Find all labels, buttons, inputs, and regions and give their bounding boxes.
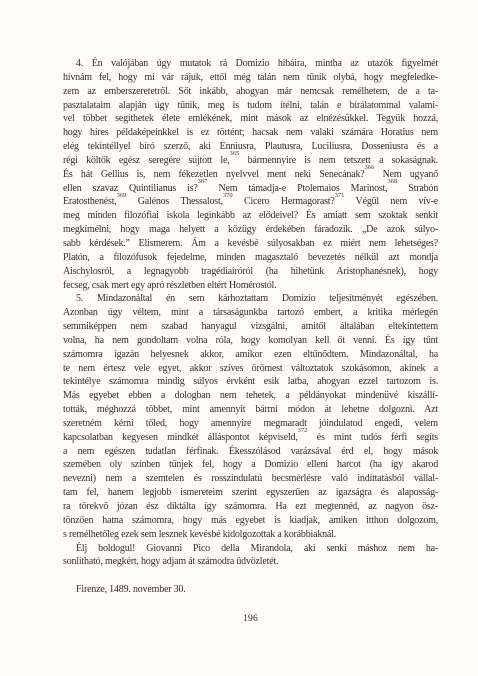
text-line: És hát Gellius is, nem fékezetlen nyelvv… [63, 168, 438, 182]
text-line: Eratosthenést,369 Galénos Thessalost,370… [63, 195, 438, 209]
text-line: sabb kérdések.” Elismerem. Ám a kevésbé … [63, 237, 438, 251]
footnote-reference: 367 [198, 178, 208, 185]
text-line: elég tekintéllyel bíró szerző, aki Enniu… [63, 140, 438, 154]
text-line: nevezni) nem a szemtelen és rosszindulat… [63, 472, 438, 486]
text-line: szeretném kérni tőled, hogy amennyire me… [63, 417, 438, 431]
footnote-reference: 366 [365, 164, 375, 171]
footnote-reference: 369 [117, 192, 127, 199]
text-line: fecseg, csak mert egy apró részletben el… [63, 279, 438, 293]
text-line: Platón, a filozófusok fejedelme, minden … [63, 251, 438, 265]
text-line: Élj boldogul! Giovanni Pico della Mirand… [63, 542, 438, 556]
text-line: tam fel, hanem legjobb ismereteim szerin… [63, 486, 438, 500]
text-line: megkímélni, hogy maga helyett a közügy é… [63, 223, 438, 237]
footnote-reference: 370 [223, 192, 233, 199]
footnote-reference: 371 [335, 192, 345, 199]
text-line: sonlítható, megkért, hogy adjam át számo… [63, 555, 438, 569]
footnote-reference: 365 [230, 150, 240, 157]
text-line: kapcsolatban kegyesen mindkét állásponto… [63, 431, 438, 445]
text-line: hogy híres példaképeinkkel is ez történt… [63, 126, 438, 140]
text-line: a nem egészen tudatlan férfinak. Ékesszó… [63, 445, 438, 459]
text-line: tönzően hatna számomra, hogy más egyebet… [63, 514, 438, 528]
text-line: tekintélye számomra mindig súlyos érvkén… [63, 375, 438, 389]
text-line: Aischylosról, a legnagyobb tragédiaíróró… [63, 265, 438, 279]
text-line: hívnám fel, hogy mi vár rájuk, ettől még… [63, 71, 438, 85]
text-line: s remélhetőleg ezek sem lesznek kevésbé … [63, 528, 438, 542]
footnote-reference: 372 [298, 427, 308, 434]
text-line: számomra igazán helyesnek akkor, amikor … [63, 348, 438, 362]
text-line: régi költők egész seregére sújtott le,36… [63, 154, 438, 168]
text-line: semmiképpen nem szabad hanyagul vizsgáln… [63, 320, 438, 334]
text-line: tották, méghozzá többet, mint amennyit b… [63, 403, 438, 417]
dateline: Firenze, 1489. november 30. [63, 583, 438, 597]
text-line: meg minden filozófiai iskola leginkább a… [63, 209, 438, 223]
text-line: Azonban úgy véltem, mint a társaságunkba… [63, 306, 438, 320]
text-line: vel többet segíthetek élete emlékének, m… [63, 112, 438, 126]
letter-body: 4. Én valójában úgy mutatok rá Domizio h… [63, 57, 438, 569]
footnote-reference: 368 [387, 178, 397, 185]
page-number: 196 [63, 614, 438, 624]
text-line: ra törekvő józan ész diktálta így számom… [63, 500, 438, 514]
text-line: Más egyebet ebben a dologban nem tehetek… [63, 389, 438, 403]
text-line: szemében oly színben tűnjek fel, hogy a … [63, 458, 438, 472]
text-line: te nem értesz vele egyet, akkor szíves ö… [63, 362, 438, 376]
text-line: 5. Mindazonáltal én sem kárhoztattam Dom… [63, 292, 438, 306]
text-line: volna, ha nem gondoltam volna róla, hogy… [63, 334, 438, 348]
text-line: pasztalataim alapján úgy tűnik, meg is t… [63, 99, 438, 113]
book-page: 4. Én valójában úgy mutatok rá Domizio h… [0, 0, 478, 676]
text-line: 4. Én valójában úgy mutatok rá Domizio h… [63, 57, 438, 71]
text-line: zem az emberszeretetről. Sőt inkább, aho… [63, 85, 438, 99]
